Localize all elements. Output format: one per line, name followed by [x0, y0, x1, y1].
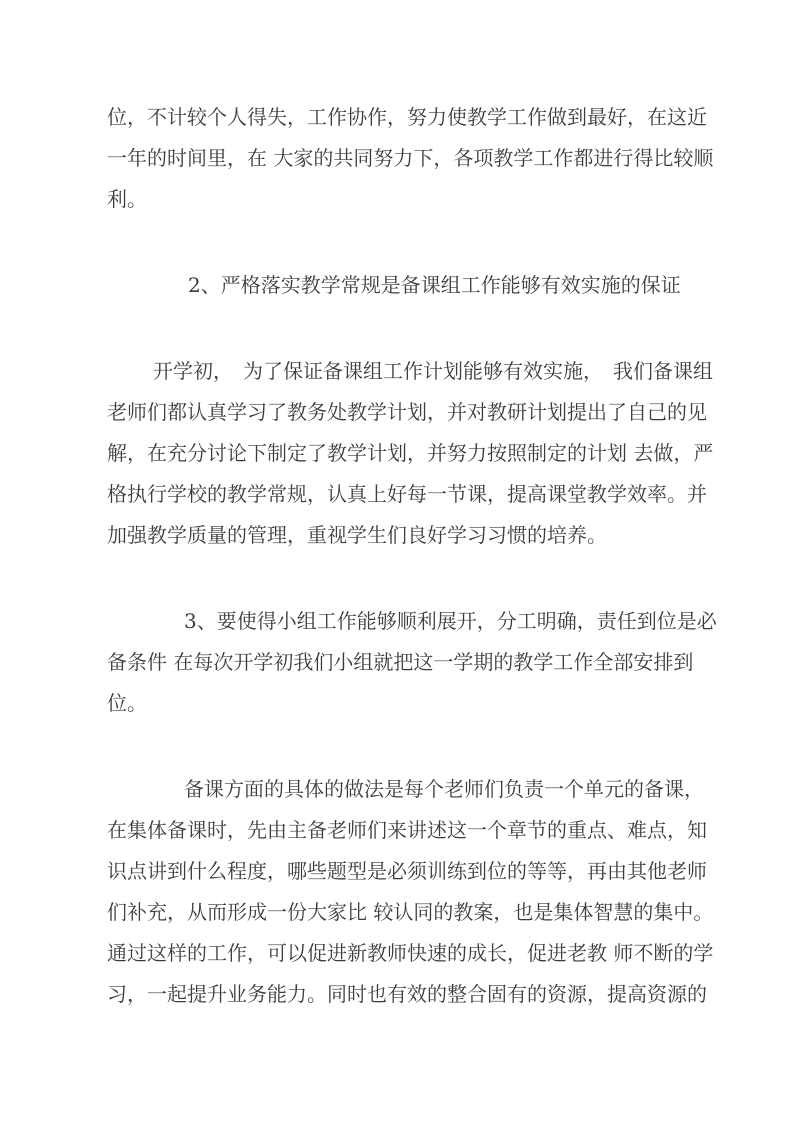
text-line: 通过这样的工作，可以促进新教师快速的成长，促进老教 师不断的学 — [107, 933, 707, 974]
section-heading-2: 2、严格落实教学常规是备课组工作能够有效实施的保证 — [107, 265, 707, 306]
text-line: 们补充，从而形成一份大家比 较认同的教案，也是集体智慧的集中。 — [107, 892, 707, 933]
paragraph-item-3: 3、要使得小组工作能够顺利展开，分工明确，责任到位是必 备条件 在每次开学初我们… — [107, 601, 707, 724]
document-page: 位，不计较个人得失，工作协作，努力使教学工作做到最好，在这近 一年的时间里，在 … — [0, 0, 793, 1122]
paragraph-semester-start: 开学初， 为了保证备课组工作计划能够有效实施， 我们备课组 老师们都认真学习了教… — [107, 351, 707, 556]
document-body: 位，不计较个人得失，工作协作，努力使教学工作做到最好，在这近 一年的时间里，在 … — [107, 0, 707, 1015]
text-line: 加强教学质量的管理，重视学生们良好学习习惯的培养。 — [107, 515, 707, 556]
text-line: 解，在充分讨论下制定了教学计划，并努力按照制定的计划 去做，严 — [107, 433, 707, 474]
paragraph-lesson-prep: 备课方面的具体的做法是每个老师们负责一个单元的备课， 在集体备课时，先由主备老师… — [107, 769, 707, 1015]
text-line: 识点讲到什么程度，哪些题型是必须训练到位的等等，再由其他老师 — [107, 851, 707, 892]
text-line: 一年的时间里，在 大家的共同努力下，各项教学工作都进行得比较顺 — [107, 138, 707, 179]
text-line: 开学初， 为了保证备课组工作计划能够有效实施， 我们备课组 — [107, 351, 707, 392]
text-line: 位。 — [107, 683, 707, 724]
text-line: 格执行学校的教学常规，认真上好每一节课，提高课堂教学效率。并 — [107, 474, 707, 515]
text-line: 习，一起提升业务能力。同时也有效的整合固有的资源，提高资源的 — [107, 974, 707, 1015]
text-line: 老师们都认真学习了教务处教学计划，并对教研计划提出了自己的见 — [107, 392, 707, 433]
heading-line: 2、严格落实教学常规是备课组工作能够有效实施的保证 — [107, 265, 707, 306]
text-line: 3、要使得小组工作能够顺利展开，分工明确，责任到位是必 — [107, 601, 707, 642]
text-line: 备条件 在每次开学初我们小组就把这一学期的教学工作全部安排到 — [107, 642, 707, 683]
text-line: 备课方面的具体的做法是每个老师们负责一个单元的备课， — [107, 769, 707, 810]
text-line: 利。 — [107, 179, 707, 220]
text-line: 在集体备课时，先由主备老师们来讲述这一个章节的重点、难点，知 — [107, 810, 707, 851]
paragraph-continuation: 位，不计较个人得失，工作协作，努力使教学工作做到最好，在这近 一年的时间里，在 … — [107, 97, 707, 220]
text-line: 位，不计较个人得失，工作协作，努力使教学工作做到最好，在这近 — [107, 97, 707, 138]
